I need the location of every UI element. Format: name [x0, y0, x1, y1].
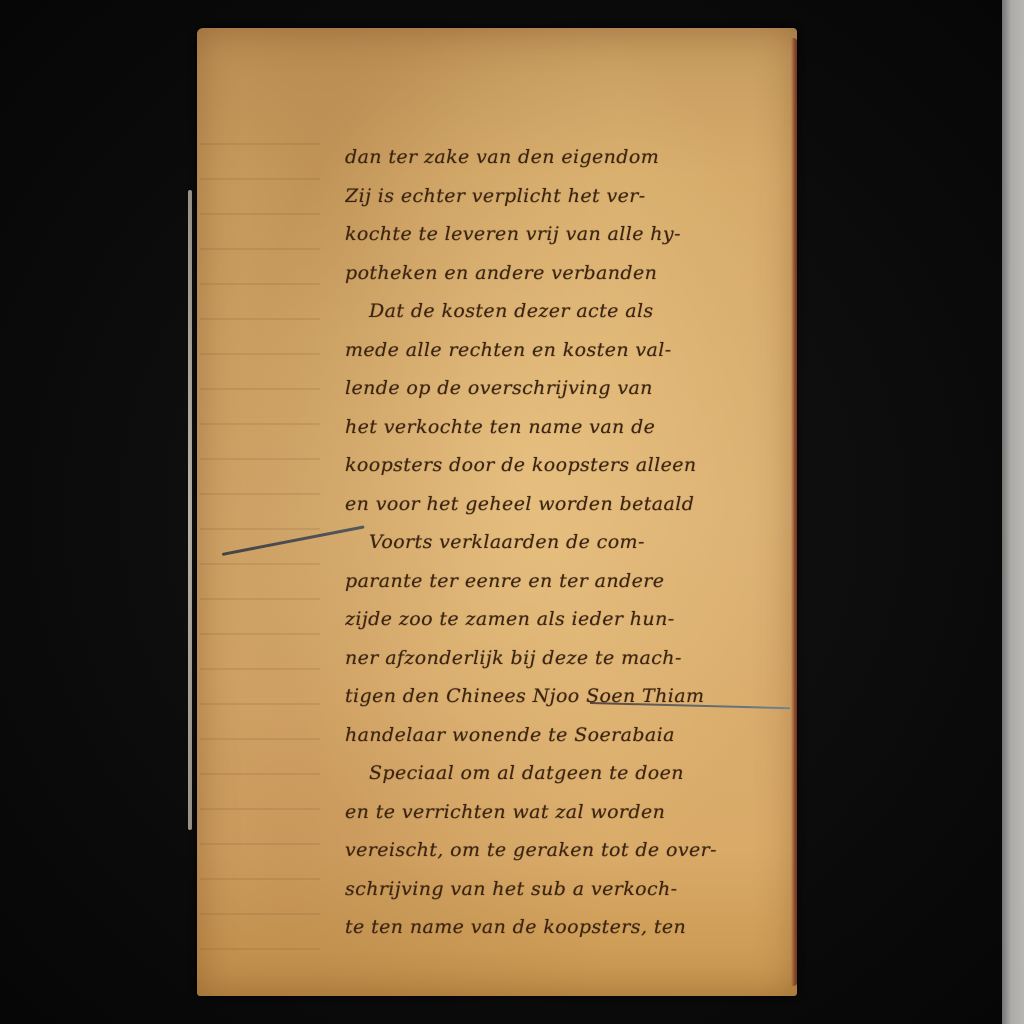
scanner-edge-strip: [1002, 0, 1024, 1024]
text-line: tigen den Chinees Njoo Soen Thiam: [345, 677, 795, 716]
text-line: potheken en andere verbanden: [345, 254, 795, 293]
text-line: kochte te leveren vrij van alle hy-: [345, 215, 795, 254]
text-line: en voor het geheel worden betaald: [345, 485, 795, 524]
text-line: handelaar wonende te Soerabaia: [345, 716, 795, 755]
text-line: ner afzonderlijk bij deze te mach-: [345, 639, 795, 678]
text-line: Zij is echter verplicht het ver-: [345, 177, 795, 216]
text-line: vereischt, om te geraken tot de over-: [345, 831, 795, 870]
text-line: en te verrichten wat zal worden: [345, 793, 795, 832]
handwritten-text-block: dan ter zake van den eigendom Zij is ech…: [345, 138, 795, 947]
scan-background: dan ter zake van den eigendom Zij is ech…: [0, 0, 1024, 1024]
text-line: koopsters door de koopsters alleen: [345, 446, 795, 485]
binding-thread: [188, 190, 192, 830]
text-line: Voorts verklaarden de com-: [345, 523, 795, 562]
text-line: Speciaal om al datgeen te doen: [345, 754, 795, 793]
text-line: mede alle rechten en kosten val-: [345, 331, 795, 370]
text-line: parante ter eenre en ter andere: [345, 562, 795, 601]
faint-margin-text: [200, 110, 320, 950]
text-line: te ten name van de koopsters, ten: [345, 908, 795, 947]
text-line: zijde zoo te zamen als ieder hun-: [345, 600, 795, 639]
text-line: dan ter zake van den eigendom: [345, 138, 795, 177]
text-line: Dat de kosten dezer acte als: [345, 292, 795, 331]
text-line: lende op de overschrijving van: [345, 369, 795, 408]
text-line: het verkochte ten name van de: [345, 408, 795, 447]
text-line: schrijving van het sub a verkoch-: [345, 870, 795, 909]
